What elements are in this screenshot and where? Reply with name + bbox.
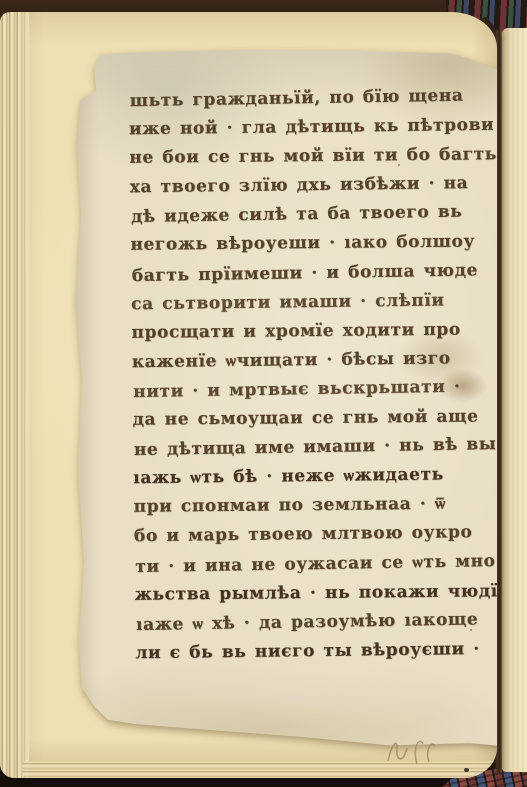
text-line: ıаже ѡ хѣ · да разоумѣю ıакоще	[136, 605, 497, 640]
ink-specks	[68, 44, 70, 46]
text-line: нити · и мртвыє вьскрьшати ·	[133, 372, 497, 407]
text-line: са сьтворити имаши · слѣпїи	[131, 285, 497, 319]
left-page: шьть гражданьїй, по бїю щена иже ной · г…	[0, 12, 497, 778]
manuscript-leaf: шьть гражданьїй, по бїю щена иже ной · г…	[68, 44, 497, 756]
text-line: при спонмаи по земльнаа · ѿ	[133, 490, 497, 523]
text-line: бо и марь твоею млтвою оукро	[134, 518, 497, 552]
text-line: жьства рымлѣа · нь покажи чюдїи	[135, 577, 497, 610]
text-line: ти · и ина не оужасаи се ѡть мно	[135, 546, 497, 581]
text-line: иже ной · гла дѣтищь кь пѣтрови	[129, 111, 497, 145]
facing-page-edge	[502, 28, 527, 772]
text-line: шьть гражданьїй, по бїю щена	[129, 81, 497, 116]
text-line: негожь вѣроуеши · ıако болшоу	[130, 228, 497, 261]
text-line: просщати и хромїе ходити про	[131, 315, 497, 348]
ink-squiggle-mark	[382, 733, 440, 769]
manuscript-text-block: шьть гражданьїй, по бїю щена иже ной · г…	[128, 82, 497, 668]
text-line: не бои се гнь мой вїи ти бо багть	[129, 140, 497, 173]
book-photo: шьть гражданьїй, по бїю щена иже ной · г…	[0, 0, 527, 787]
text-line: ли є бь вь ниєго ты вѣроуєши ·	[135, 634, 497, 668]
leaf-shadow: шьть гражданьїй, по бїю щена иже ной · г…	[0, 12, 497, 778]
text-line: багть прїимеши · и болша чюде	[132, 255, 497, 290]
text-line: не дѣтища име имаши · нь вѣ вы	[134, 430, 497, 465]
text-line: ıажь ѡть бѣ · неже ѡжидаеть	[133, 460, 497, 494]
ink-dot	[464, 768, 469, 772]
